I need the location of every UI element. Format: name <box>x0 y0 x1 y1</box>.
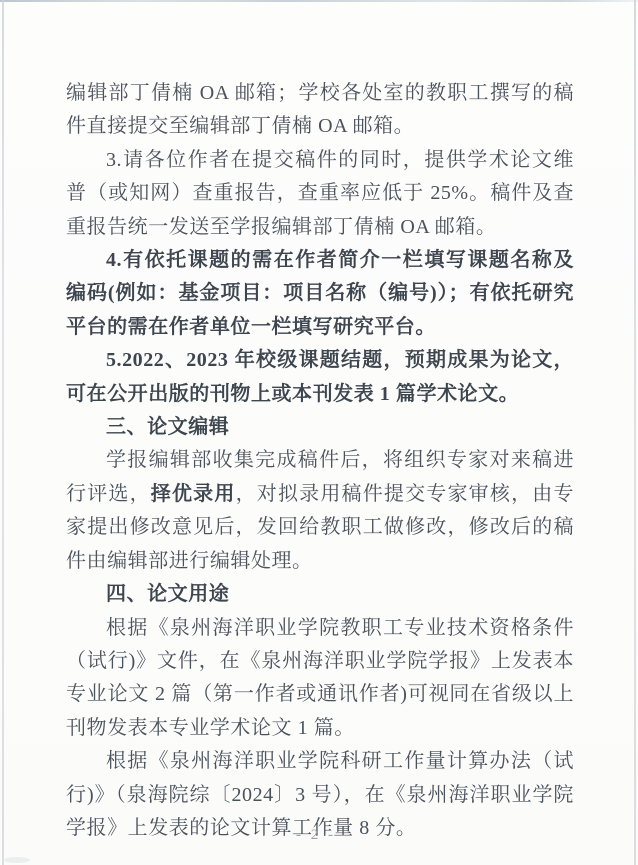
section-heading-text: 四、论文用途 <box>106 583 229 605</box>
section-heading-4: 四、论文用途 <box>66 578 574 611</box>
page-number: - 2 - <box>0 827 632 844</box>
paragraph-editing-process: 学报编辑部收集完成稿件后，将组织专家对来稿进行评选，择优录用，对拟录用稿件提交专… <box>66 444 574 578</box>
paragraph-text: 根据《泉州海洋职业学院教职工专业技术资格条件（试行)》文件，在《泉州海洋职业学院… <box>66 617 574 739</box>
paragraph-item-3: 3.请各位作者在提交稿件的同时，提供学术论文维普（或知网）查重报告，查重率应低于… <box>66 144 574 244</box>
paragraph-text: 根据《泉州海洋职业学院科研工作量计算办法（试行)》（泉海院综〔2024〕3 号）… <box>66 750 574 839</box>
scan-edge-left <box>2 0 4 865</box>
scan-smudge <box>4 857 30 863</box>
scan-edge-top <box>0 0 638 2</box>
paragraph-text: 4.有依托课题的需在作者简介一栏填写课题名称及编码(例如：基金项目：项目名称（编… <box>66 249 574 338</box>
paragraph-text: 编辑部丁倩楠 OA 邮箱；学校各处室的教职工撰写的稿件直接提交至编辑部丁倩楠 O… <box>66 82 574 137</box>
section-heading-text: 三、论文编辑 <box>106 416 229 438</box>
paragraph-continuation: 编辑部丁倩楠 OA 邮箱；学校各处室的教职工撰写的稿件直接提交至编辑部丁倩楠 O… <box>66 77 574 144</box>
scanned-page: 编辑部丁倩楠 OA 邮箱；学校各处室的教职工撰写的稿件直接提交至编辑部丁倩楠 O… <box>0 0 638 865</box>
paragraph-item-4: 4.有依托课题的需在作者简介一栏填写课题名称及编码(例如：基金项目：项目名称（编… <box>66 244 574 344</box>
paragraph-text-emphasis: 择优录用 <box>151 483 236 505</box>
paragraph-text: 5.2022、2023 年校级课题结题，预期成果为论文，可在公开出版的刊物上或本… <box>66 349 574 404</box>
paragraph-text: 3.请各位作者在提交稿件的同时，提供学术论文维普（或知网）查重报告，查重率应低于… <box>66 149 574 238</box>
paragraph-usage-qualification: 根据《泉州海洋职业学院教职工专业技术资格条件（试行)》文件，在《泉州海洋职业学院… <box>66 612 574 746</box>
document-body: 编辑部丁倩楠 OA 邮箱；学校各处室的教职工撰写的稿件直接提交至编辑部丁倩楠 O… <box>66 77 574 845</box>
scan-edge-right <box>634 0 636 865</box>
section-heading-3: 三、论文编辑 <box>66 411 574 444</box>
paragraph-item-5: 5.2022、2023 年校级课题结题，预期成果为论文，可在公开出版的刊物上或本… <box>66 344 574 411</box>
